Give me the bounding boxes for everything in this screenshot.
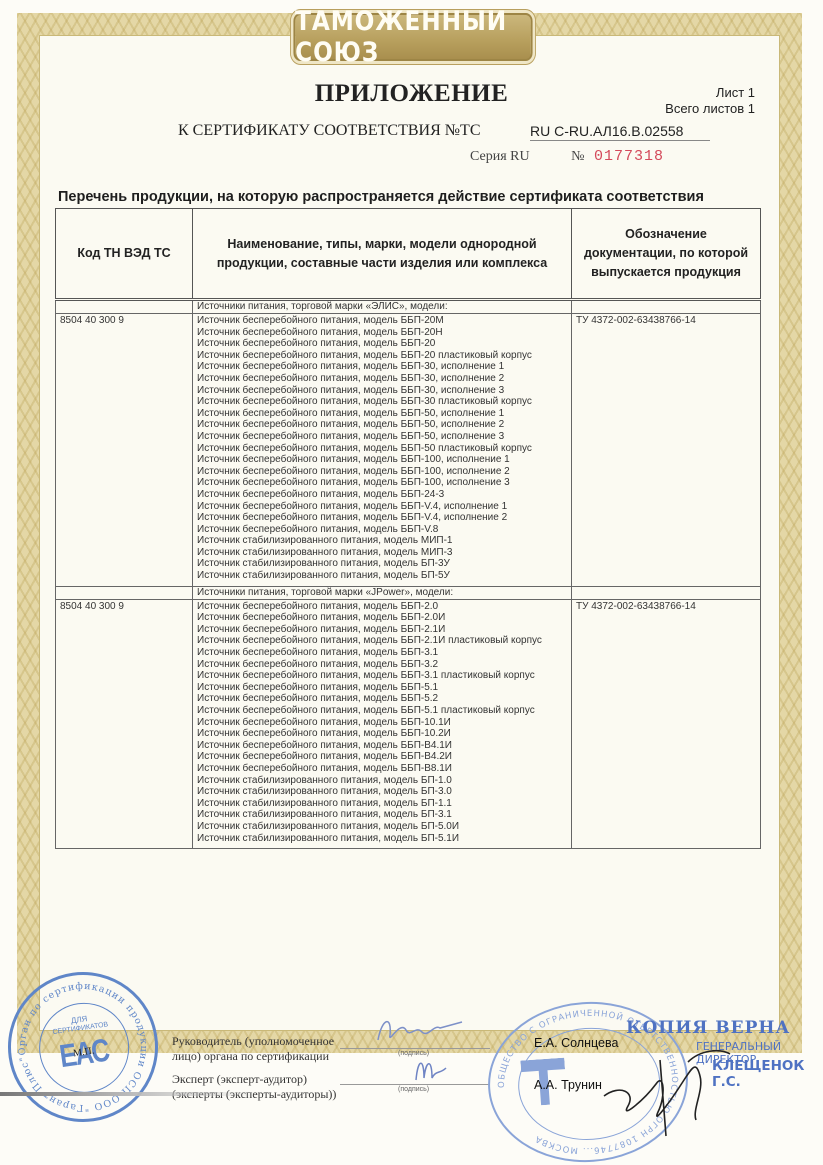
- hs-code-cell: 8504 40 300 9: [56, 314, 193, 587]
- sheet-number: Лист 1: [665, 85, 755, 101]
- list-item: Источник бесперебойного питания, модель …: [197, 693, 567, 705]
- head-label-line-1: Руководитель (уполномоченное: [172, 1034, 334, 1049]
- expert-signature-icon: [410, 1052, 450, 1088]
- table-header-row: Код ТН ВЭД ТС Наименование, типы, марки,…: [56, 209, 761, 300]
- list-item: Источник бесперебойного питания, модель …: [197, 373, 567, 385]
- hs-code-cell: 8504 40 300 9: [56, 599, 193, 848]
- list-item: Источник бесперебойного питания, модель …: [197, 361, 567, 373]
- list-item: Источник бесперебойного питания, модель …: [197, 682, 567, 694]
- table-group-heading-row: Источники питания, торговой марки «JPowe…: [56, 586, 761, 599]
- series-label: Серия RU: [470, 149, 530, 164]
- list-item: Источник бесперебойного питания, модель …: [197, 443, 567, 455]
- head-label-line-2: лицо) органа по сертификации: [172, 1049, 334, 1064]
- total-sheets: Всего листов 1: [665, 101, 755, 117]
- list-item: Источник бесперебойного питания, модель …: [197, 647, 567, 659]
- group-heading: Источники питания, торговой марки «ЭЛИС»…: [193, 300, 572, 314]
- customs-union-badge: ТАМОЖЕННЫЙ СОЮЗ: [293, 13, 532, 61]
- sheet-info: Лист 1 Всего листов 1: [665, 85, 755, 117]
- empty-cell: [572, 586, 761, 599]
- certificate-label: К СЕРТИФИКАТУ СООТВЕТСТВИЯ №ТС: [178, 122, 480, 140]
- empty-cell: [56, 586, 193, 599]
- products-list-title: Перечень продукции, на которую распростр…: [58, 189, 704, 205]
- column-header-code: Код ТН ВЭД ТС: [56, 209, 193, 300]
- list-item: Источник стабилизированного питания, мод…: [197, 547, 567, 559]
- list-item: Источник бесперебойного питания, модель …: [197, 501, 567, 513]
- product-list-cell: Источник бесперебойного питания, модель …: [193, 314, 572, 587]
- certification-body-stamp: Орган по сертификации продукции ОСП ООО …: [0, 962, 168, 1131]
- list-item: Источник стабилизированного питания, мод…: [197, 821, 567, 833]
- list-item: Источник бесперебойного питания, модель …: [197, 740, 567, 752]
- list-item: Источник бесперебойного питания, модель …: [197, 705, 567, 717]
- empty-cell: [56, 300, 193, 314]
- empty-cell: [572, 300, 761, 314]
- product-list-cell: Источник бесперебойного питания, модель …: [193, 599, 572, 848]
- list-item: Источник бесперебойного питания, модель …: [197, 624, 567, 636]
- list-item: Источник бесперебойного питания, модель …: [197, 408, 567, 420]
- list-item: Источник бесперебойного питания, модель …: [197, 601, 567, 613]
- list-item: Источник стабилизированного питания, мод…: [197, 786, 567, 798]
- scan-edge-shadow: [0, 1092, 260, 1096]
- copy-director-name: КЛЕЩЕНОК Г.С.: [712, 1058, 823, 1090]
- head-label: Руководитель (уполномоченное лицо) орган…: [172, 1034, 334, 1064]
- list-item: Источник бесперебойного питания, модель …: [197, 635, 567, 647]
- list-item: Источник бесперебойного питания, модель …: [197, 454, 567, 466]
- list-item: Источник бесперебойного питания, модель …: [197, 419, 567, 431]
- series-number: 0177318: [594, 148, 664, 165]
- list-item: Источник бесперебойного питания, модель …: [197, 396, 567, 408]
- list-item: Источник стабилизированного питания, мод…: [197, 775, 567, 787]
- list-item: Источник бесперебойного питания, модель …: [197, 717, 567, 729]
- list-item: Источник стабилизированного питания, мод…: [197, 833, 567, 845]
- list-item: Источник бесперебойного питания, модель …: [197, 659, 567, 671]
- copy-certified-label: КОПИЯ ВЕРНА: [626, 1018, 790, 1038]
- list-item: Источник стабилизированного питания, мод…: [197, 535, 567, 547]
- list-item: Источник бесперебойного питания, модель …: [197, 350, 567, 362]
- table-group-heading-row: Источники питания, торговой марки «ЭЛИС»…: [56, 300, 761, 314]
- list-item: Источник бесперебойного питания, модель …: [197, 466, 567, 478]
- list-item: Источник бесперебойного питания, модель …: [197, 315, 567, 327]
- certificate-number: RU C-RU.АЛ16.В.02558: [530, 123, 710, 141]
- expert-name: А.А. Трунин: [534, 1078, 602, 1092]
- list-item: Источник бесперебойного питания, модель …: [197, 327, 567, 339]
- expert-label: Эксперт (эксперт-аудитор) (эксперты (экс…: [172, 1072, 336, 1102]
- series-no-label: №: [571, 149, 584, 164]
- list-item: Источник бесперебойного питания, модель …: [197, 512, 567, 524]
- documentation-cell: ТУ 4372-002-63438766-14: [572, 599, 761, 848]
- products-table: Код ТН ВЭД ТС Наименование, типы, марки,…: [55, 208, 761, 849]
- list-item: Источник бесперебойного питания, модель …: [197, 670, 567, 682]
- table-row: 8504 40 300 9Источник бесперебойного пит…: [56, 599, 761, 848]
- list-item: Источник бесперебойного питания, модель …: [197, 763, 567, 775]
- head-signature-icon: [370, 1010, 470, 1050]
- list-item: Источник стабилизированного питания, мод…: [197, 809, 567, 821]
- list-item: Источник стабилизированного питания, мод…: [197, 570, 567, 582]
- list-item: Источник бесперебойного питания, модель …: [197, 489, 567, 501]
- list-item: Источник бесперебойного питания, модель …: [197, 524, 567, 536]
- list-item: Источник стабилизированного питания, мод…: [197, 558, 567, 570]
- list-item: Источник стабилизированного питания, мод…: [197, 798, 567, 810]
- list-item: Источник бесперебойного питания, модель …: [197, 338, 567, 350]
- documentation-cell: ТУ 4372-002-63438766-14: [572, 314, 761, 587]
- group-heading: Источники питания, торговой марки «JPowe…: [193, 586, 572, 599]
- column-header-documentation: Обозначение документации, по которой вып…: [572, 209, 761, 300]
- list-item: Источник бесперебойного питания, модель …: [197, 385, 567, 397]
- list-item: Источник бесперебойного питания, модель …: [197, 728, 567, 740]
- expert-label-line-1: Эксперт (эксперт-аудитор): [172, 1072, 336, 1087]
- series-line: Серия RU № 0177318: [470, 148, 664, 165]
- products-table-body: Источники питания, торговой марки «ЭЛИС»…: [56, 300, 761, 849]
- list-item: Источник бесперебойного питания, модель …: [197, 612, 567, 624]
- list-item: Источник бесперебойного питания, модель …: [197, 477, 567, 489]
- column-header-name: Наименование, типы, марки, модели одноро…: [193, 209, 572, 300]
- table-row: 8504 40 300 9Источник бесперебойного пит…: [56, 314, 761, 587]
- list-item: Источник бесперебойного питания, модель …: [197, 431, 567, 443]
- list-item: Источник бесперебойного питания, модель …: [197, 751, 567, 763]
